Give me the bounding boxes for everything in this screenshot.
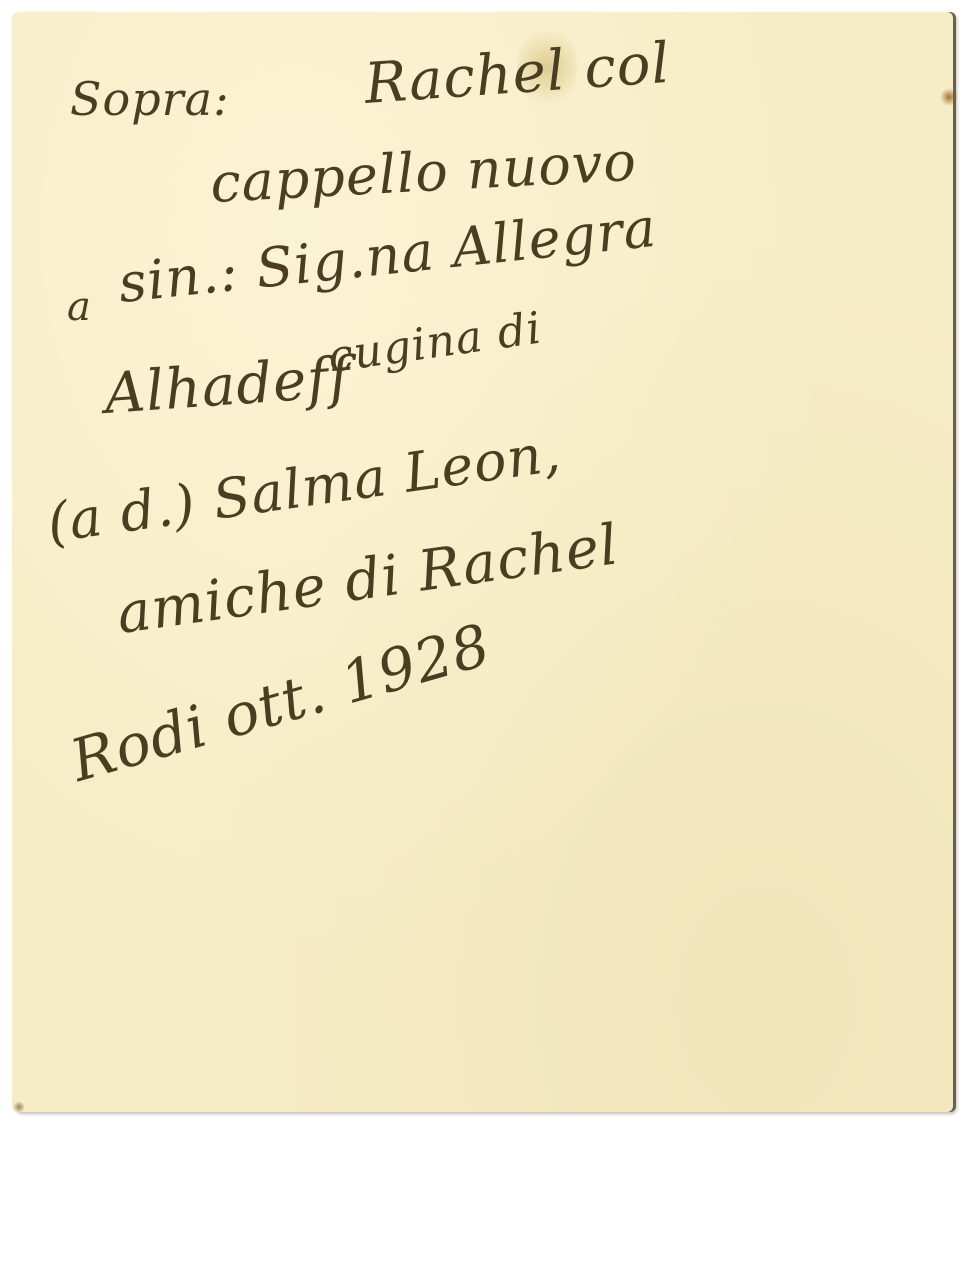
caption-line-1-text: Rachel col [362,31,672,117]
caption-line-1-label: Sopra: [70,72,230,126]
paper-stain-edge [940,88,958,106]
caption-line-3-text: sin.: Sig.na Allegra [115,196,659,315]
caption-line-2-text: cappello nuovo [209,130,639,215]
caption-line-4-name: Alhadeff [102,345,352,427]
caption-line-3-prefix: a [67,284,92,330]
caption-line-4-text: cugina di [325,303,545,383]
corner-wear [12,1102,26,1112]
photo-card-back: Sopra: Rachel col cappello nuovo a sin.:… [12,12,953,1112]
